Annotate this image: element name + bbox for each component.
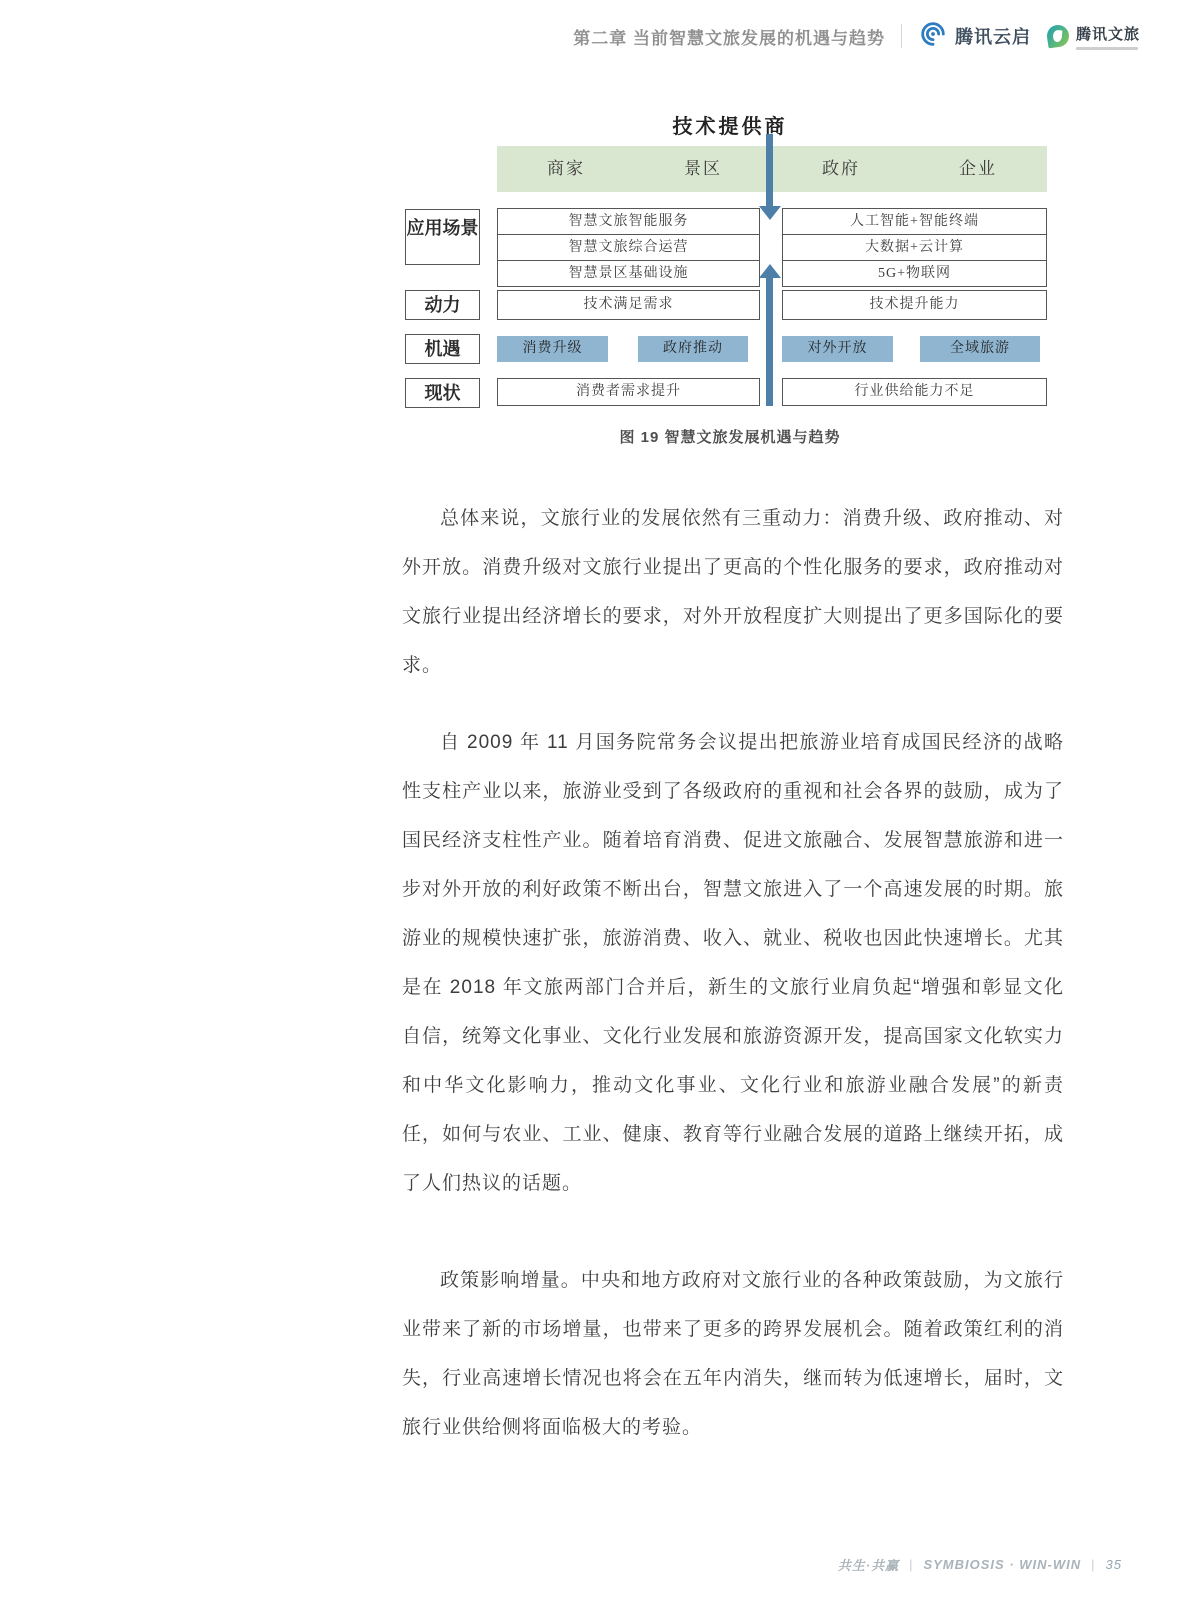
paragraph-3: 政策影响增量。中央和地方政府对文旅行业的各种政策鼓励，为文旅行业带来了新的市场增… bbox=[402, 1256, 1064, 1452]
up-arrow-icon bbox=[759, 264, 781, 278]
app-left-box-3: 智慧景区基础设施 bbox=[497, 260, 760, 287]
power-left-box: 技术满足需求 bbox=[497, 290, 760, 320]
stakeholder-government: 政府 bbox=[822, 146, 860, 192]
tencent-yunqi-logo: 腾讯云启 bbox=[918, 19, 1031, 54]
app-right-box-2: 大数据+云计算 bbox=[782, 234, 1047, 261]
body-text: 总体来说，文旅行业的发展依然有三重动力：消费升级、政府推动、对外开放。消费升级对… bbox=[402, 494, 1064, 1452]
stakeholder-enterprise: 企业 bbox=[959, 146, 997, 192]
tencent-yunqi-swirl-icon bbox=[918, 19, 948, 54]
tencent-wenlv-label: 腾讯文旅 bbox=[1076, 23, 1140, 44]
footer-slogan-en: SYMBIOSIS · WIN-WIN bbox=[923, 1557, 1081, 1572]
down-arrow-line bbox=[766, 134, 773, 206]
stakeholder-merchant: 商家 bbox=[547, 146, 585, 192]
page-footer: 共生·共赢 | SYMBIOSIS · WIN-WIN | 35 bbox=[838, 1555, 1122, 1574]
up-arrow-line bbox=[766, 278, 773, 406]
document-page: 第二章 当前智慧文旅发展的机遇与趋势 腾讯云启 腾讯文旅 bbox=[0, 0, 1192, 1616]
footer-divider-2: | bbox=[1091, 1557, 1095, 1572]
page-number: 35 bbox=[1106, 1557, 1122, 1572]
status-left-box: 消费者需求提升 bbox=[497, 378, 760, 406]
footer-divider-1: | bbox=[909, 1557, 913, 1572]
app-right-box-1: 人工智能+智能终端 bbox=[782, 208, 1047, 235]
row-label-status: 现状 bbox=[405, 378, 480, 408]
opportunity-box-consumption: 消费升级 bbox=[497, 336, 608, 362]
row-label-app-scenarios: 应用场景 bbox=[405, 209, 480, 265]
opportunity-box-government: 政府推动 bbox=[638, 336, 748, 362]
opportunity-box-opening: 对外开放 bbox=[782, 336, 893, 362]
figure-caption: 图 19 智慧文旅发展机遇与趋势 bbox=[400, 426, 1060, 447]
stakeholder-scenic: 景区 bbox=[684, 146, 722, 192]
tencent-wenlv-drop-icon bbox=[1046, 24, 1071, 49]
tencent-wenlv-tagline bbox=[1076, 47, 1138, 50]
header-divider bbox=[901, 24, 902, 48]
status-right-box: 行业供给能力不足 bbox=[782, 378, 1047, 406]
app-left-box-2: 智慧文旅综合运营 bbox=[497, 234, 760, 261]
app-right-box-3: 5G+物联网 bbox=[782, 260, 1047, 287]
footer-slogan-cn: 共生·共赢 bbox=[838, 1555, 899, 1574]
paragraph-1: 总体来说，文旅行业的发展依然有三重动力：消费升级、政府推动、对外开放。消费升级对… bbox=[402, 494, 1064, 690]
page-header: 第二章 当前智慧文旅发展的机遇与趋势 腾讯云启 腾讯文旅 bbox=[573, 14, 1140, 58]
figure-title: 技术提供商 bbox=[400, 110, 1060, 139]
paragraph-2: 自 2009 年 11 月国务院常务会议提出把旅游业培育成国民经济的战略性支柱产… bbox=[402, 718, 1064, 1208]
row-label-power: 动力 bbox=[405, 290, 480, 320]
tencent-wenlv-logo: 腾讯文旅 bbox=[1047, 23, 1140, 50]
tencent-yunqi-label: 腾讯云启 bbox=[955, 23, 1031, 49]
app-left-box-1: 智慧文旅智能服务 bbox=[497, 208, 760, 235]
down-arrow-icon bbox=[759, 206, 781, 220]
chapter-title: 第二章 当前智慧文旅发展的机遇与趋势 bbox=[573, 24, 885, 49]
power-right-box: 技术提升能力 bbox=[782, 290, 1047, 320]
row-label-opportunity: 机遇 bbox=[405, 334, 480, 364]
figure-19-diagram: 技术提供商 商家 景区 政府 企业 应用场景 智慧文旅智能服务 智慧文旅综合运营… bbox=[400, 108, 1060, 460]
opportunity-box-tourism: 全域旅游 bbox=[920, 336, 1040, 362]
